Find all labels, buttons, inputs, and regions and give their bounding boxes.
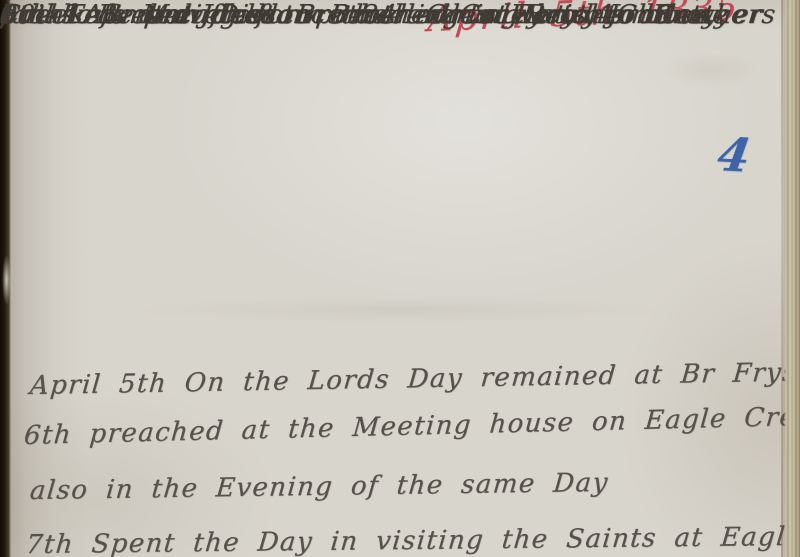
manuscript-line-4: 7th Spent the Day in visiting the Saints…: [26, 522, 800, 557]
manuscript-line-1: April 5th On the Lords Day remained at B…: [30, 358, 797, 401]
manuscript-page-photo: April 5th 1835 4 April 5th On the Lords …: [0, 0, 800, 557]
page-number: 4: [714, 127, 754, 182]
manuscript-line-2: 6th preached at the Meeting house on Eag…: [24, 401, 800, 451]
binding-highlight: [2, 245, 11, 315]
manuscript-line-3: also in the Evening of the same Day: [30, 468, 609, 506]
manuscript-line-text: 7th Spent the Day in visiting the Saints…: [25, 522, 800, 557]
manuscript-line-10: 10th A meeting for preaching at Brother …: [0, 0, 800, 30]
manuscript-line-text: April 5th On the Lords Day remained at B…: [29, 358, 799, 401]
paper-stain: [640, 40, 780, 100]
manuscript-line-text: 10th A meeting for preaching at Brother …: [0, 0, 800, 30]
manuscript-line-text: also in the Evening of the same Day: [29, 468, 610, 506]
page-stack-edges: [782, 0, 800, 557]
manuscript-line-text: 6th preached at the Meeting house on Eag…: [23, 401, 800, 451]
paper-stain: [60, 290, 740, 330]
